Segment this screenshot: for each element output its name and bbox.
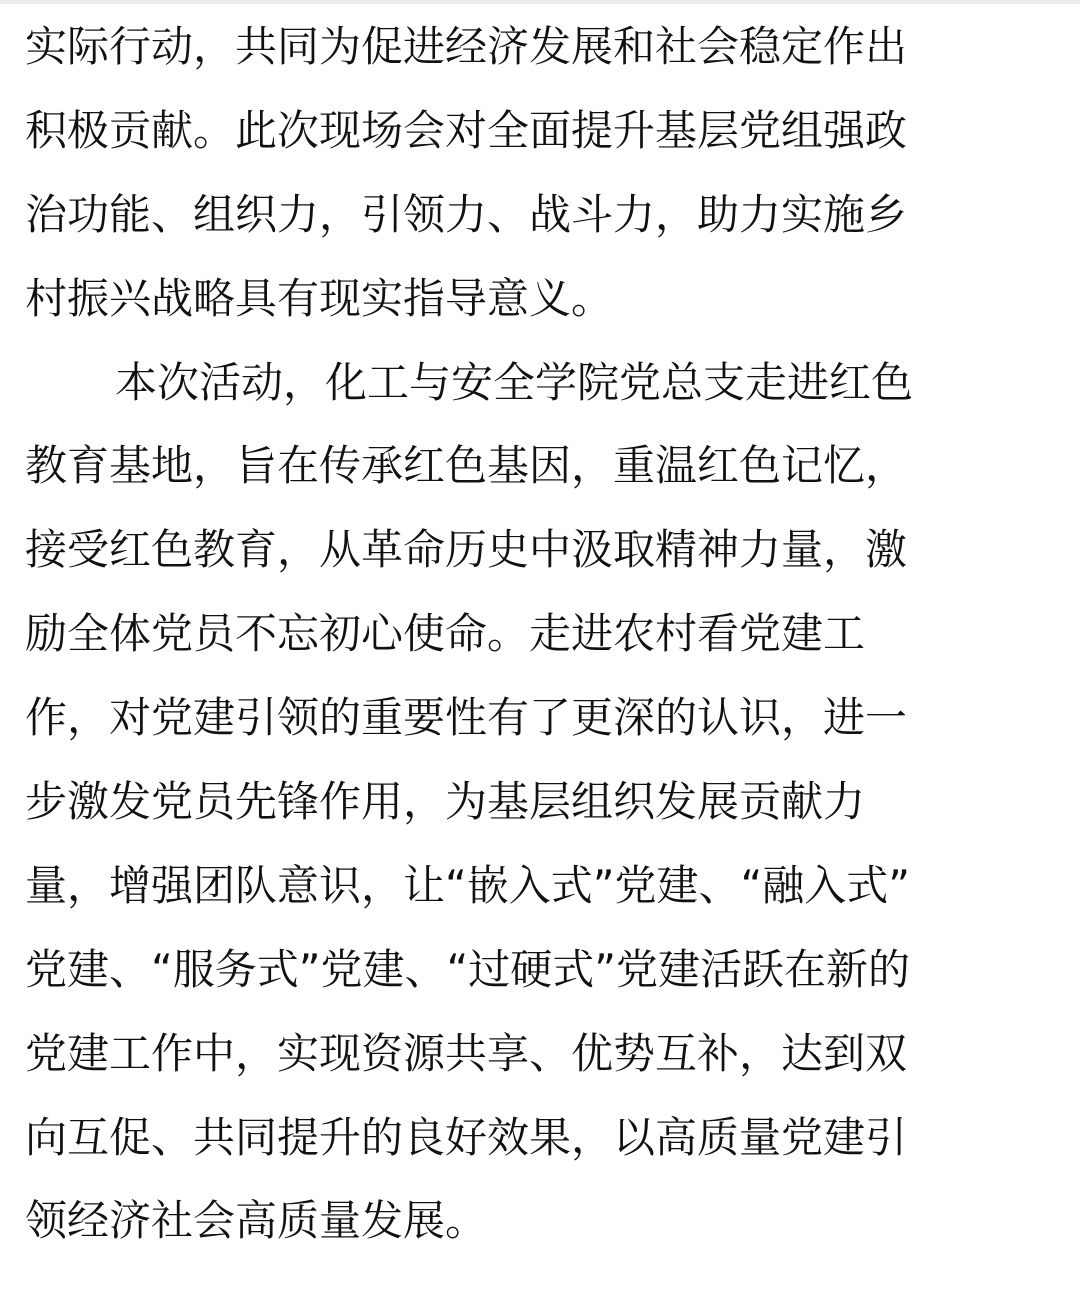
text-line-indented: 本次活动，化工与安全学院党总支走进红色 [25, 341, 1045, 425]
text-line: 领经济社会高质量发展。 [25, 1179, 1045, 1263]
text-line: 步激发党员先锋作用，为基层组织发展贡献力 [25, 760, 1045, 844]
article-body: 实际行动，共同为促进经济发展和社会稳定作出 积极贡献。此次现场会对全面提升基层党… [25, 5, 1045, 1263]
text-line: 接受红色教育，从革命历史中汲取精神力量，激 [25, 508, 1045, 592]
text-line: 教育基地，旨在传承红色基因，重温红色记忆， [25, 424, 1045, 508]
text-line: 党建、“服务式”党建、“过硬式”党建活跃在新的 [25, 928, 1045, 1012]
text-line: 实际行动，共同为促进经济发展和社会稳定作出 [25, 5, 1045, 89]
top-edge-strip [0, 0, 1080, 4]
paragraph-1: 实际行动，共同为促进经济发展和社会稳定作出 积极贡献。此次现场会对全面提升基层党… [25, 5, 1045, 341]
text-line: 量，增强团队意识，让“嵌入式”党建、“融入式” [25, 844, 1045, 928]
text-line: 治功能、组织力，引领力、战斗力，助力实施乡 [25, 173, 1045, 257]
text-line: 积极贡献。此次现场会对全面提升基层党组强政 [25, 89, 1045, 173]
text-line: 作，对党建引领的重要性有了更深的认识，进一 [25, 676, 1045, 760]
text-line: 励全体党员不忘初心使命。走进农村看党建工 [25, 592, 1045, 676]
paragraph-2: 本次活动，化工与安全学院党总支走进红色 教育基地，旨在传承红色基因，重温红色记忆… [25, 341, 1045, 1264]
text-line: 党建工作中，实现资源共享、优势互补，达到双 [25, 1012, 1045, 1096]
text-line: 村振兴战略具有现实指导意义。 [25, 257, 1045, 341]
text-line: 向互促、共同提升的良好效果，以高质量党建引 [25, 1096, 1045, 1180]
